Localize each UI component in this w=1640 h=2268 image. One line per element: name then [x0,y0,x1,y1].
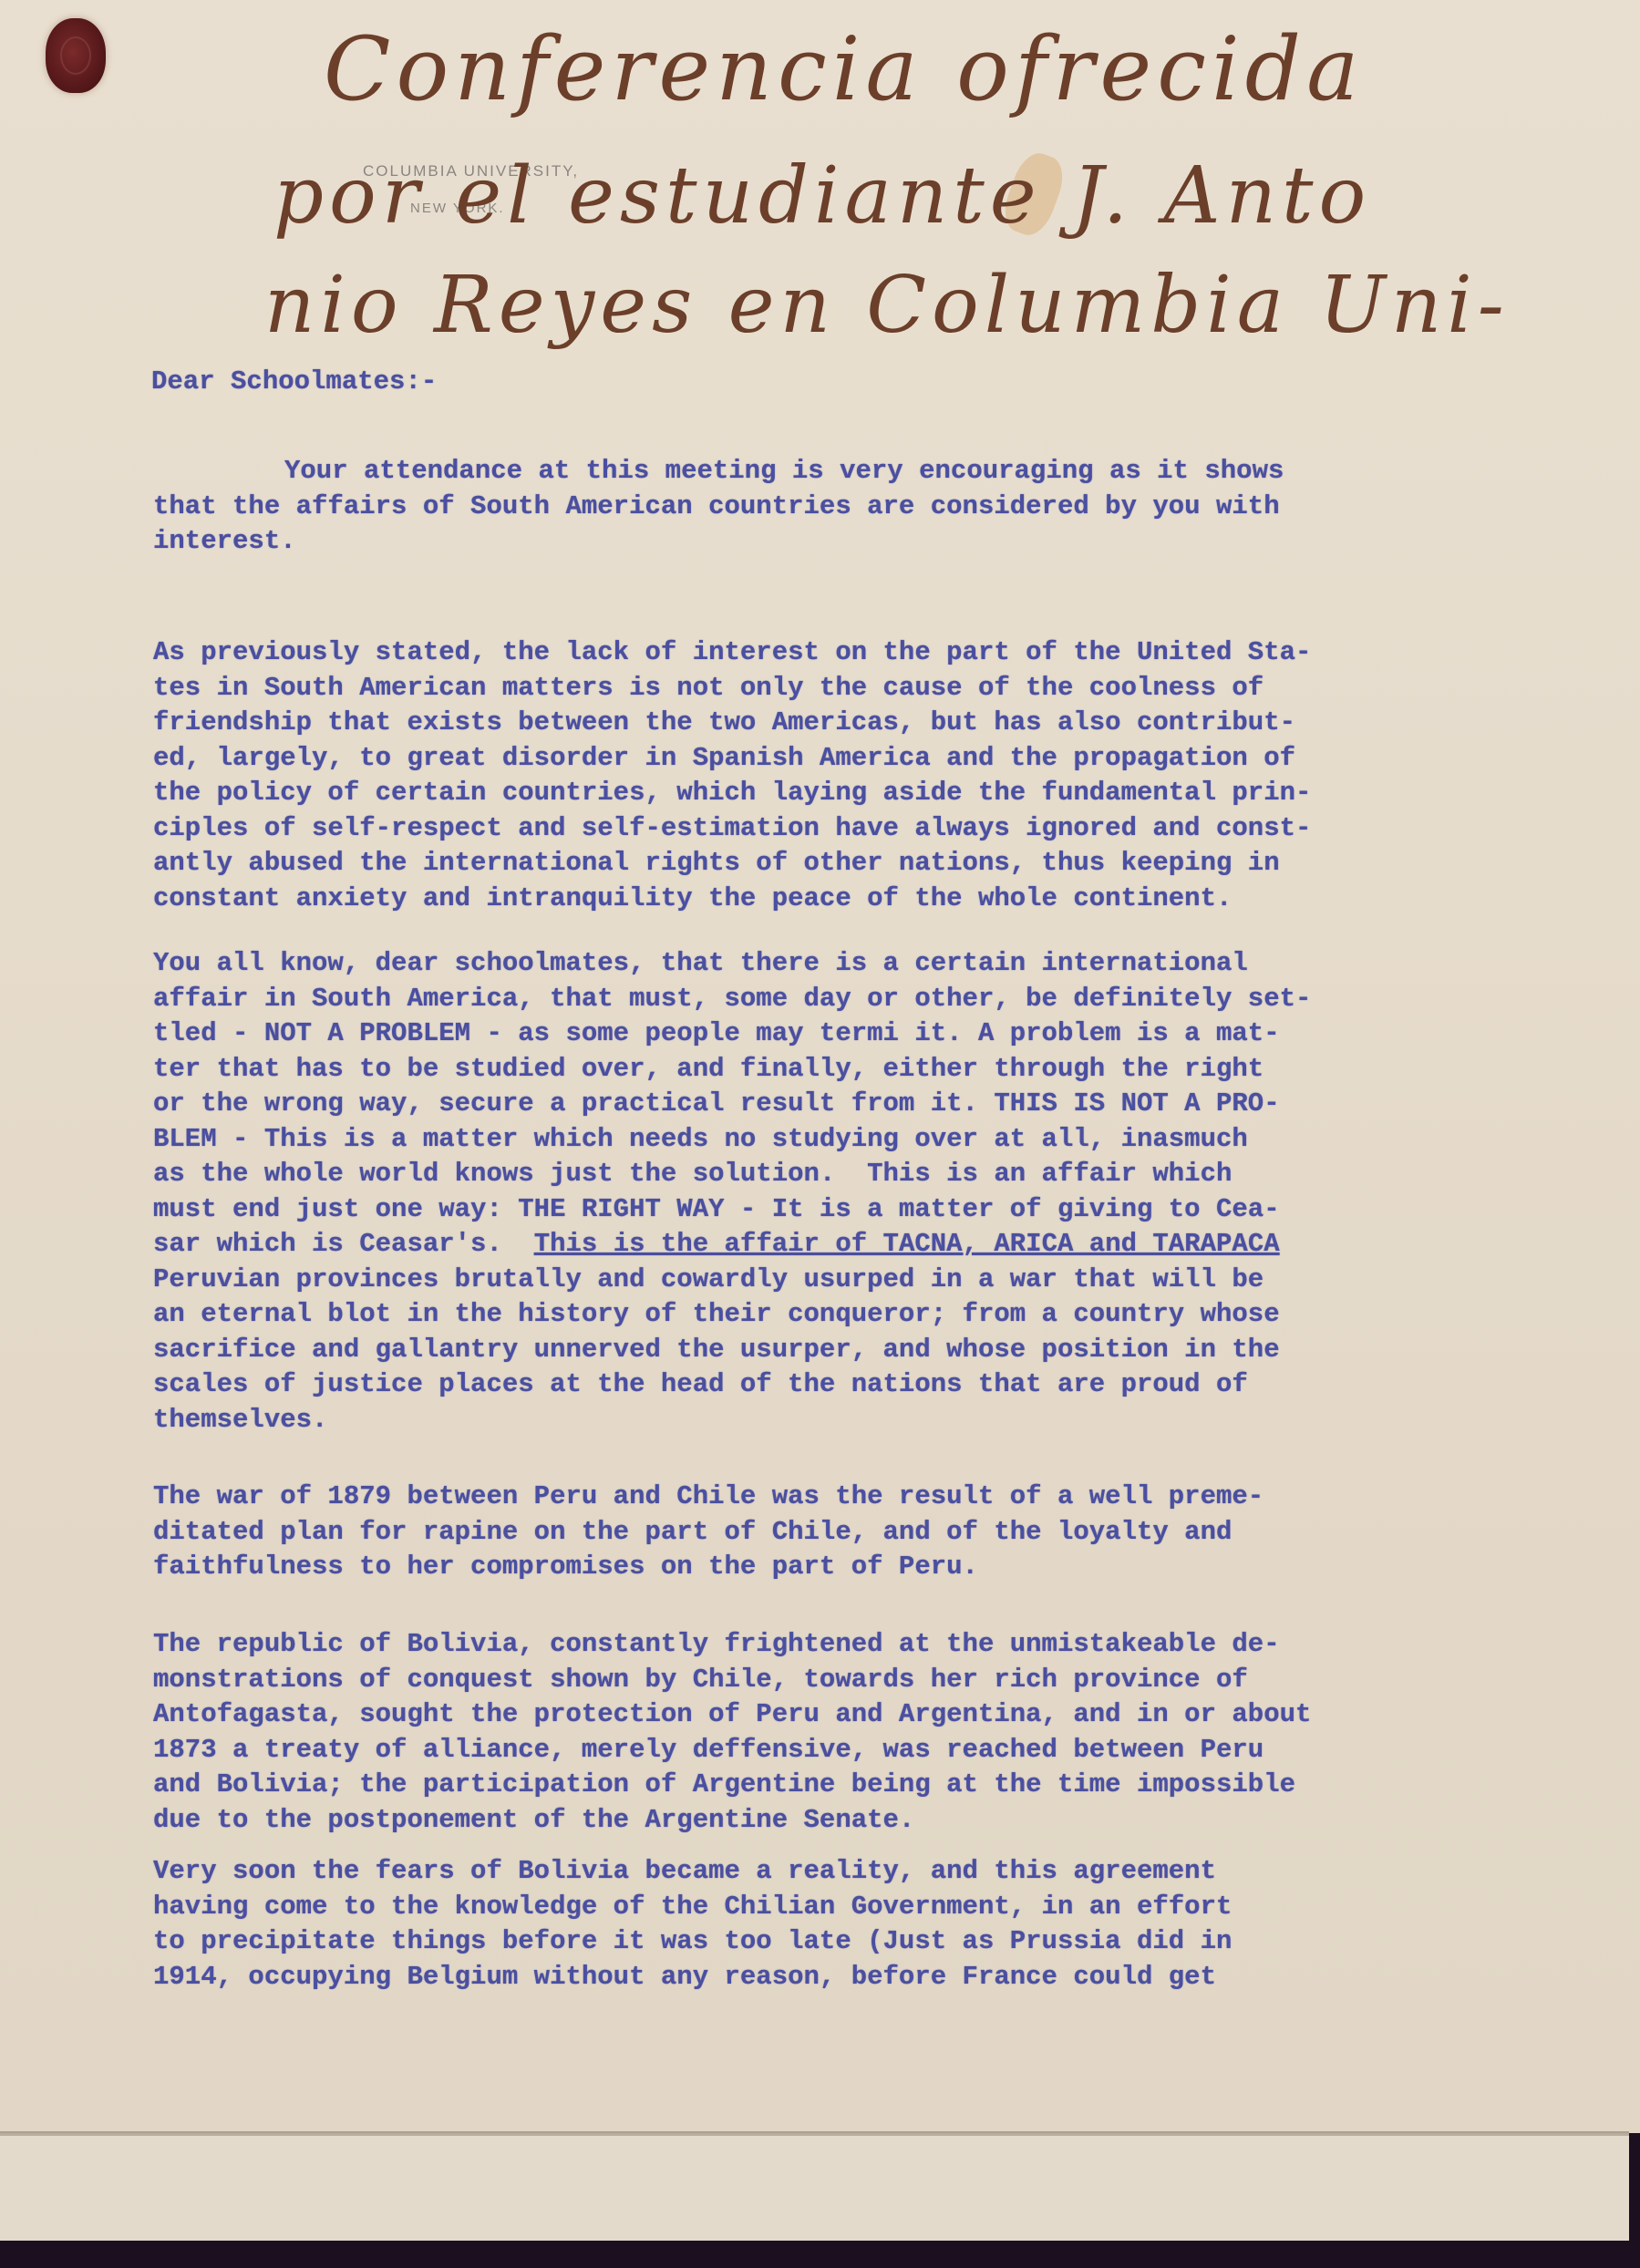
p3-line-2: affair in South America, that must, some… [153,984,1311,1014]
p2-line-5: the policy of certain countries, which l… [153,778,1311,808]
handwritten-title-line-2: por el estudiante J. Anto [273,150,1371,242]
underlined-sentence: This is the affair of TACNA, ARICA and T… [534,1229,1280,1259]
paragraph-5: The republic of Bolivia, constantly frig… [153,1627,1466,1838]
p2-line-2: tes in South American matters is not onl… [153,673,1264,703]
p3-line-8: must end just one way: THE RIGHT WAY - I… [153,1194,1280,1224]
lower-page-strip [0,2133,1629,2243]
p1-line-1: Your attendance at this meeting is very … [284,456,1284,486]
p3-line-14: themselves. [153,1405,327,1435]
p3-line-5: or the wrong way, secure a practical res… [153,1088,1280,1119]
p6-line-2: having come to the knowledge of the Chil… [153,1892,1232,1922]
p6-line-3: to precipitate things before it was too … [153,1926,1232,1956]
p3-line-9: sar which is Ceasar's. [153,1229,502,1259]
p2-line-7: antly abused the international rights of… [153,848,1280,878]
p1-line-2: that the affairs of South American count… [153,491,1280,521]
p3-line-12: sacrifice and gallantry unnerved the usu… [153,1335,1280,1365]
p2-line-8: constant anxiety and intranquility the p… [153,883,1232,913]
p3-line-7: as the whole world knows just the soluti… [153,1159,1232,1189]
p2-line-1: As previously stated, the lack of intere… [153,637,1311,667]
p5-line-1: The republic of Bolivia, constantly frig… [153,1629,1280,1659]
handwritten-title-line-3: nio Reyes en Columbia Uni- [264,260,1510,351]
p5-line-6: due to the postponement of the Argentine… [153,1805,914,1835]
p3-line-10: Peruvian provinces brutally and cowardly… [153,1264,1264,1294]
p2-line-3: friendship that exists between the two A… [153,707,1295,737]
background-edge-bottom [0,2241,1640,2268]
p3-line-13: scales of justice places at the head of … [153,1369,1248,1399]
paragraph-6: Very soon the fears of Bolivia became a … [153,1854,1466,1995]
document-page: COLUMBIA UNIVERSITY, NEW YORK. Conferenc… [0,0,1640,2133]
p5-line-4: 1873 a treaty of alliance, merely deffen… [153,1735,1264,1765]
p6-line-4: 1914, occupying Belgium without any reas… [153,1962,1216,1992]
greeting: Dear Schoolmates:- [151,365,1464,400]
p5-line-5: and Bolivia; the participation of Argent… [153,1769,1295,1799]
paragraph-2: As previously stated, the lack of intere… [153,635,1466,916]
wax-seal-icon [46,18,106,93]
p3-line-4: ter that has to be studied over, and fin… [153,1054,1264,1084]
p6-line-1: Very soon the fears of Bolivia became a … [153,1856,1216,1886]
p2-line-4: ed, largely, to great disorder in Spanis… [153,743,1295,773]
paragraph-4: The war of 1879 between Peru and Chile w… [153,1479,1466,1585]
p1-line-3: interest. [153,526,296,556]
paragraph-1: Your attendance at this meeting is very … [153,454,1466,560]
p5-line-3: Antofagasta, sought the protection of Pe… [153,1699,1311,1729]
paragraph-3: You all know, dear schoolmates, that the… [153,946,1466,1438]
p5-line-2: monstrations of conquest shown by Chile,… [153,1665,1248,1695]
p4-line-2: ditated plan for rapine on the part of C… [153,1517,1232,1547]
p3-line-1: You all know, dear schoolmates, that the… [153,948,1248,978]
p3-line-3: tled - NOT A PROBLEM - as some people ma… [153,1018,1280,1048]
p4-line-1: The war of 1879 between Peru and Chile w… [153,1481,1264,1511]
p3-line-11: an eternal blot in the history of their … [153,1299,1280,1329]
handwritten-title-line-1: Conferencia ofrecida [324,18,1364,120]
p3-line-6: BLEM - This is a matter which needs no s… [153,1124,1248,1154]
p4-line-3: faithfulness to her compromises on the p… [153,1552,978,1582]
p2-line-6: ciples of self-respect and self-estimati… [153,813,1311,843]
